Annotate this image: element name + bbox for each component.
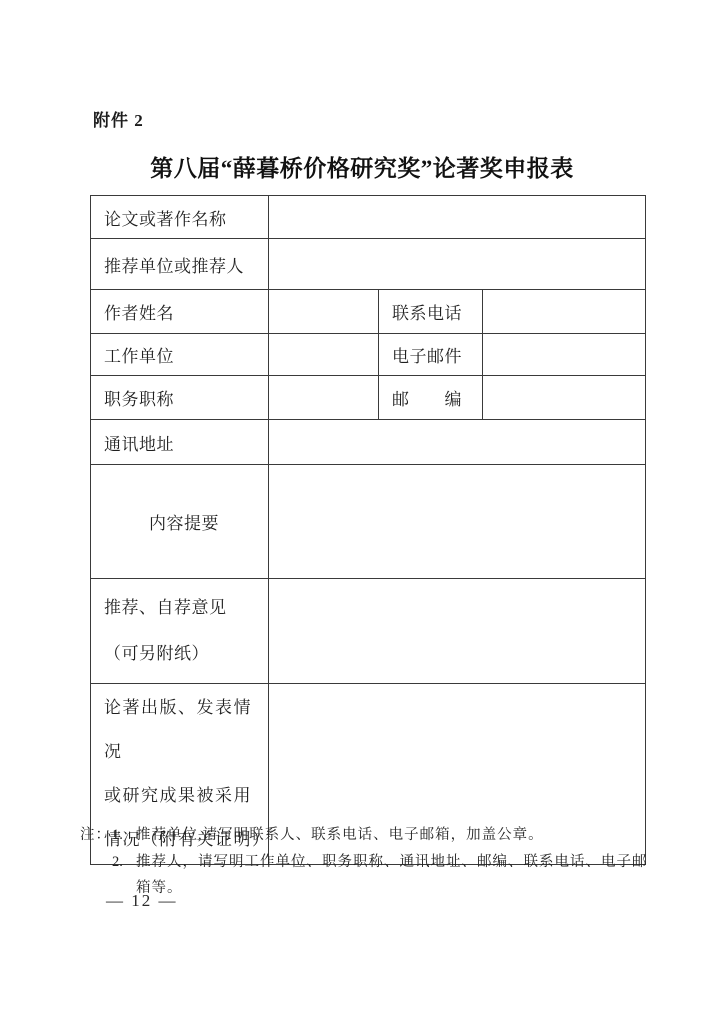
value-employer: [269, 334, 379, 376]
footnote-text: 推荐人，请写明工作单位、职务职称、通讯地址、邮编、联系电话、电子邮箱等。: [136, 849, 650, 902]
footnotes-prefix: 注：: [80, 822, 112, 902]
footnote-item: 1. 推荐单位,请写明联系人、联系电话、电子邮箱，加盖公章。: [112, 822, 650, 849]
label-phone: 联系电话: [379, 290, 483, 334]
table-row: 内容提要: [91, 465, 646, 579]
label-mailing-address: 通讯地址: [91, 420, 269, 465]
value-email: [483, 334, 646, 376]
attachment-label: 附件 2: [93, 106, 144, 131]
table-row: 职务职称 邮 编: [91, 376, 646, 420]
page-number: — 12 —: [106, 891, 178, 911]
document-page: 附件 2 第八届“薛暮桥价格研究奖”论著奖申报表 论文或著作名称 推荐单位或推荐…: [0, 0, 724, 1024]
value-mailing-address: [269, 420, 646, 465]
label-work-title: 论文或著作名称: [91, 196, 269, 239]
table-row: 推荐单位或推荐人: [91, 239, 646, 290]
table-row: 作者姓名 联系电话: [91, 290, 646, 334]
value-content-summary: [269, 465, 646, 579]
footnotes-list: 1. 推荐单位,请写明联系人、联系电话、电子邮箱，加盖公章。 2. 推荐人，请写…: [112, 822, 650, 902]
label-email: 电子邮件: [379, 334, 483, 376]
footnote-text: 推荐单位,请写明联系人、联系电话、电子邮箱，加盖公章。: [136, 822, 650, 849]
page-title: 第八届“薛暮桥价格研究奖”论著奖申报表: [0, 150, 724, 183]
value-recommendation-opinion: [269, 579, 646, 684]
footnote-item: 2. 推荐人，请写明工作单位、职务职称、通讯地址、邮编、联系电话、电子邮箱等。: [112, 849, 650, 902]
value-author-name: [269, 290, 379, 334]
footnote-number: 1.: [112, 822, 136, 849]
value-phone: [483, 290, 646, 334]
label-recommendation-opinion: 推荐、自荐意见 （可另附纸）: [91, 579, 269, 684]
label-postcode: 邮 编: [379, 376, 483, 420]
table-row: 通讯地址: [91, 420, 646, 465]
label-content-summary: 内容提要: [91, 465, 269, 579]
label-job-title: 职务职称: [91, 376, 269, 420]
footnotes: 注： 1. 推荐单位,请写明联系人、联系电话、电子邮箱，加盖公章。 2. 推荐人…: [80, 822, 650, 902]
value-recommender: [269, 239, 646, 290]
application-form-table: 论文或著作名称 推荐单位或推荐人 作者姓名 联系电话 工作单位 电子邮件 职务职…: [90, 195, 646, 865]
value-job-title: [269, 376, 379, 420]
table-row: 论文或著作名称: [91, 196, 646, 239]
label-author-name: 作者姓名: [91, 290, 269, 334]
table-row: 工作单位 电子邮件: [91, 334, 646, 376]
label-recommender: 推荐单位或推荐人: [91, 239, 269, 290]
value-postcode: [483, 376, 646, 420]
label-employer: 工作单位: [91, 334, 269, 376]
table-row: 推荐、自荐意见 （可另附纸）: [91, 579, 646, 684]
value-work-title: [269, 196, 646, 239]
